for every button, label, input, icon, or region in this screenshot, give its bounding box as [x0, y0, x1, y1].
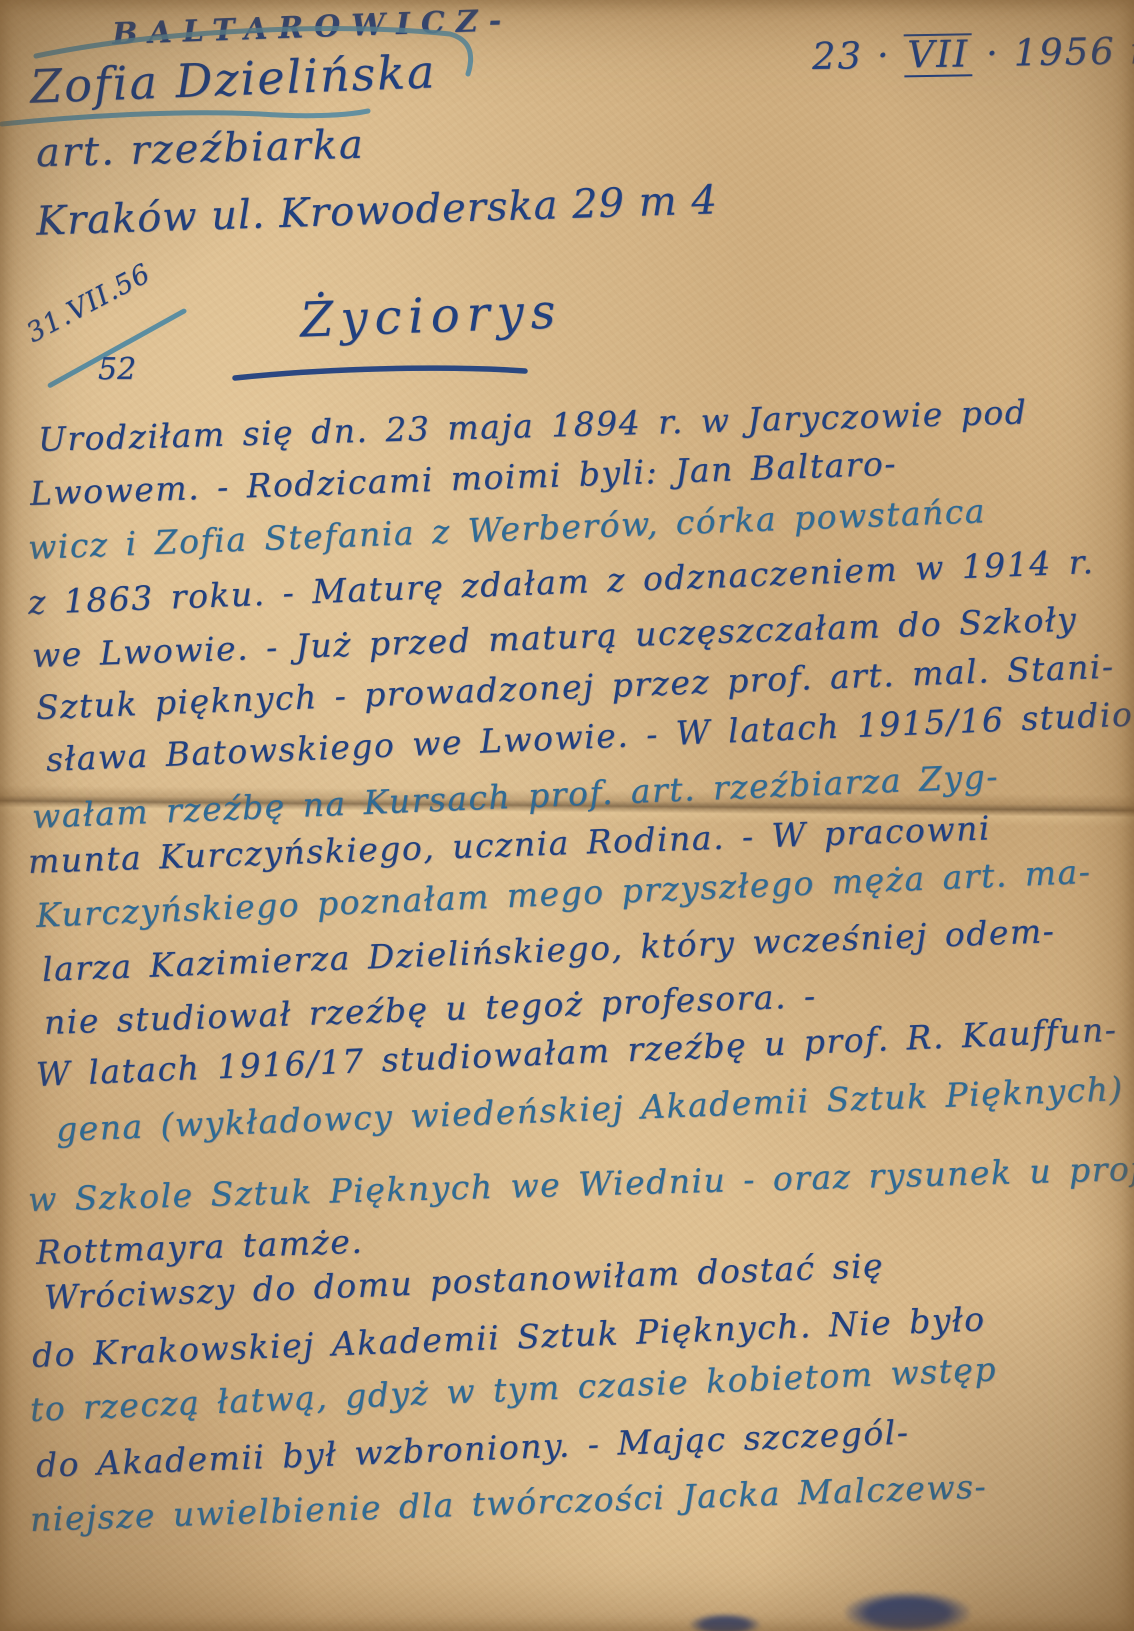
page-title: Życiorys [299, 283, 563, 348]
handwritten-cv-page: BALTAROWICZ- Zofia Dzielińska art. rzeźb… [0, 0, 1134, 1631]
profession-line: art. rzeźbiarka [35, 122, 365, 177]
address-line: Kraków ul. Krowoderska 29 m 4 [35, 177, 718, 244]
date-note: 23 · VII · 1956 r. [812, 29, 1134, 79]
surname-heading: BALTAROWICZ- [112, 3, 513, 52]
body-line: Rottmayra tamże. [35, 1222, 364, 1272]
date-month-roman: VII [904, 33, 973, 77]
title-underline [235, 368, 525, 378]
ink-blot [690, 1614, 760, 1631]
date-day: 23 · [812, 34, 891, 78]
body-line: w Szkole Sztuk Pięknych we Wiedniu - ora… [27, 1149, 1134, 1219]
date-year: · 1956 r. [986, 29, 1134, 75]
ink-blot [845, 1592, 970, 1631]
filing-number: 52 [98, 352, 136, 387]
author-name: Zofia Dzielińska [29, 44, 437, 114]
